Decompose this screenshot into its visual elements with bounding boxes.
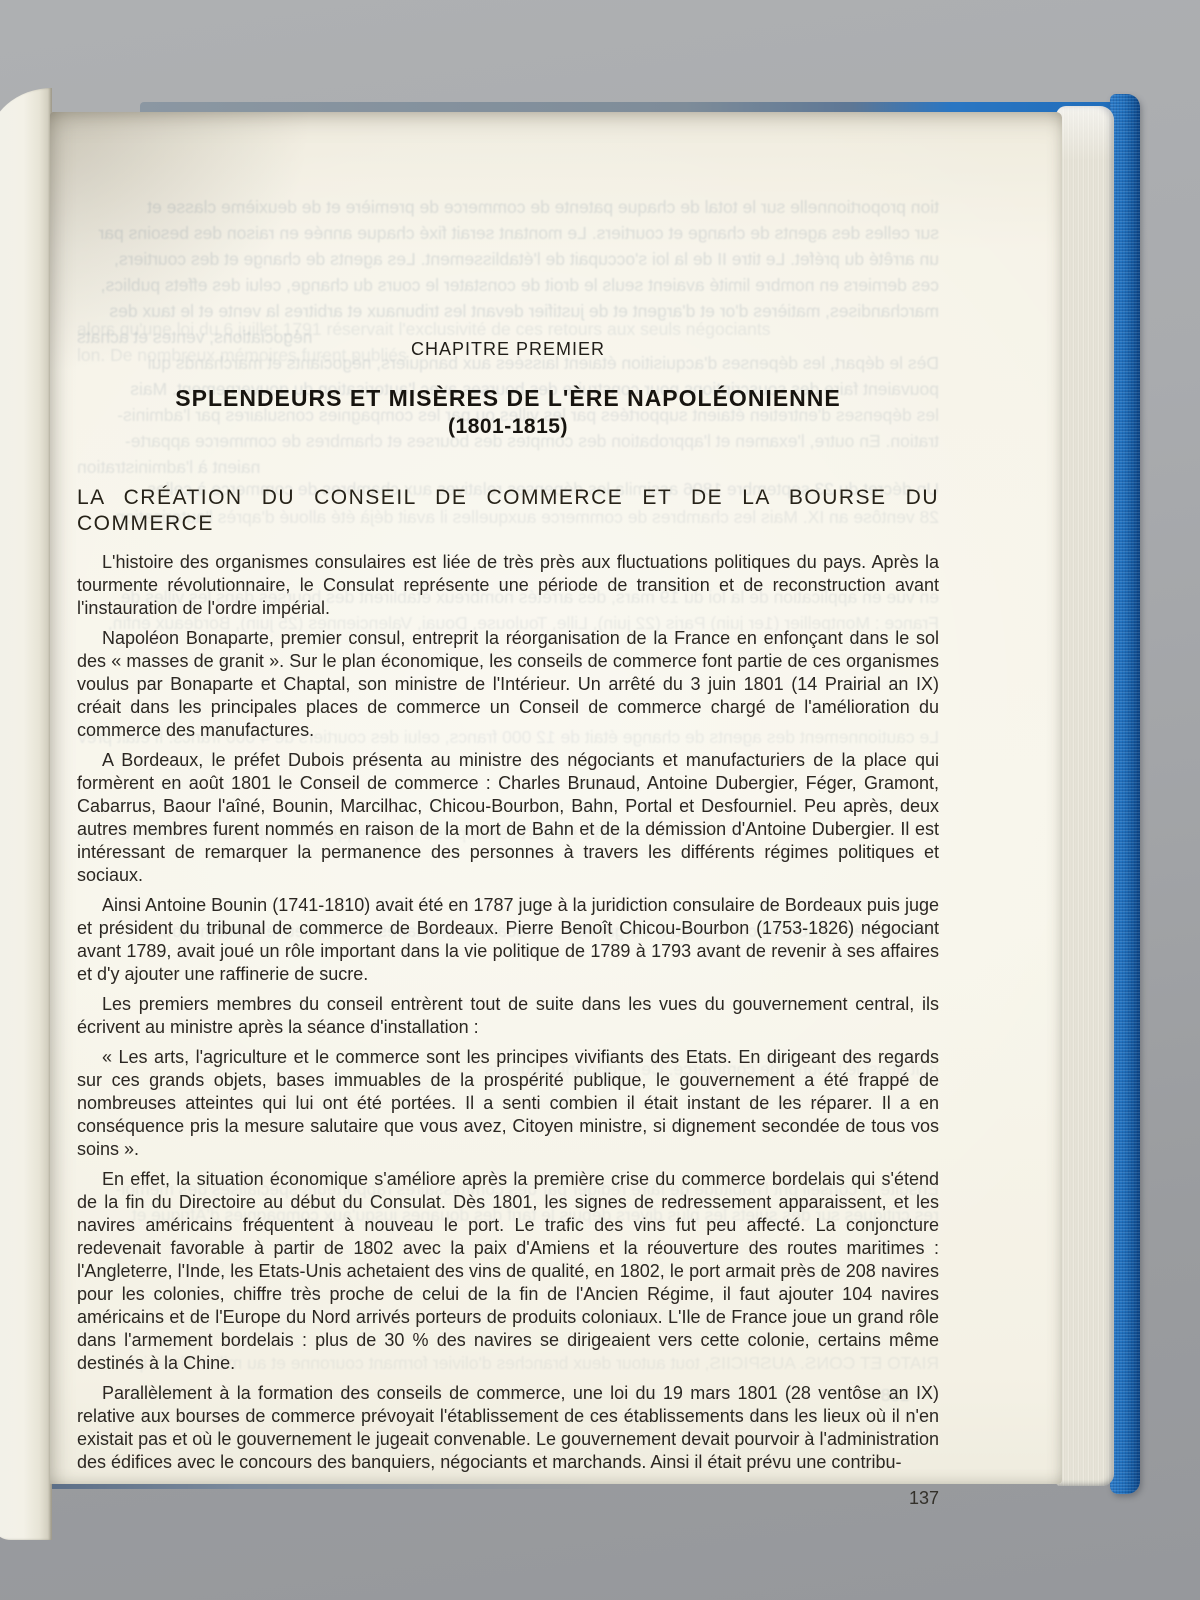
body-text: L'histoire des organismes consulaires es… (77, 551, 939, 1474)
body-paragraph: Parallèlement à la formation des conseil… (77, 1382, 939, 1474)
page-number: 137 (77, 1488, 939, 1509)
chapter-title-years: (1801-1815) (77, 415, 939, 439)
book-page: tion proportionnelle sur le total de cha… (50, 112, 1062, 1484)
book-cover-right-edge (1110, 94, 1140, 1494)
photo-background: tion proportionnelle sur le total de cha… (0, 0, 1200, 1600)
body-paragraph: Napoléon Bonaparte, premier consul, entr… (77, 627, 939, 742)
facing-page-curl (0, 88, 52, 1540)
body-paragraph: Ainsi Antoine Bounin (1741-1810) avait é… (77, 894, 939, 986)
body-paragraph: L'histoire des organismes consulaires es… (77, 551, 939, 620)
page-content: CHAPITRE PREMIER SPLENDEURS ET MISÈRES D… (77, 112, 939, 1509)
section-heading: LA CRÉATION DU CONSEIL DE COMMERCE ET DE… (77, 485, 939, 537)
body-paragraph: « Les arts, l'agriculture et le commerce… (77, 1046, 939, 1161)
body-paragraph: A Bordeaux, le préfet Dubois présenta au… (77, 749, 939, 887)
body-paragraph: En effet, la situation économique s'amél… (77, 1168, 939, 1375)
book-page-stack-fore-edge (1056, 106, 1114, 1486)
chapter-title: SPLENDEURS ET MISÈRES DE L'ÈRE NAPOLÉONI… (77, 385, 939, 412)
chapter-label: CHAPITRE PREMIER (77, 339, 939, 360)
body-paragraph: Les premiers membres du conseil entrèren… (77, 993, 939, 1039)
